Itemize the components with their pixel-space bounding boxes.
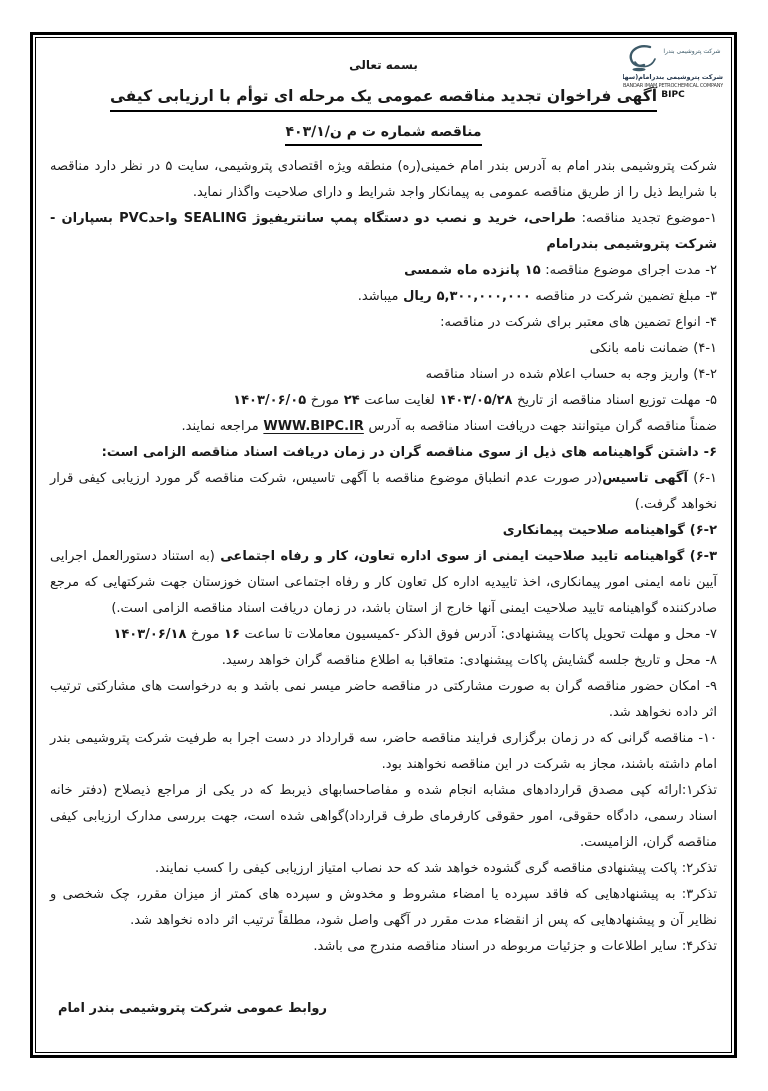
paragraph: ۹- امکان حضور مناقصه گران به صورت مشارکت… xyxy=(50,674,717,726)
paragraph: ۱-موضوع تجدید مناقصه: طراحی، خرید و نصب … xyxy=(50,206,717,258)
page-inner-border: شرکت پتروشیمی بندرامام شرکت پتروشیمی بند… xyxy=(35,37,732,1053)
text-run: ۲- مدت اجرای موضوع مناقصه: xyxy=(541,263,717,278)
paragraph: ۷- محل و مهلت تحویل پاکات پیشنهادی: آدرس… xyxy=(50,622,717,648)
paragraph: ۵- مهلت توزیع اسناد مناقصه از تاریخ ۱۴۰۳… xyxy=(50,388,717,414)
paragraph: ۲- مدت اجرای موضوع مناقصه: ۱۵ پانزده ماه… xyxy=(50,258,717,284)
paragraph: ۸- محل و تاریخ جلسه گشایش پاکات پیشنهادی… xyxy=(50,648,717,674)
text-run: ۶- داشتن گواهینامه های ذیل از سوی مناقصه… xyxy=(102,445,717,460)
document-body: شرکت پتروشیمی بندر امام به آدرس بندر اما… xyxy=(50,154,717,960)
text-run: ۱۶ xyxy=(224,627,240,642)
text-run: ضمناً مناقصه گران میتوانند جهت دریافت اس… xyxy=(364,419,717,434)
text-run: لغایت ساعت xyxy=(360,393,440,408)
logo-abbr: BIPC xyxy=(623,90,723,100)
signature-text: روابط عمومی شرکت پتروشیمی بندر امام xyxy=(58,1001,327,1016)
text-run: ۳- مبلغ تضمین شرکت در مناقصه xyxy=(531,289,717,304)
logo-swirl-icon xyxy=(626,44,660,72)
text-run: ۶-۱) xyxy=(688,471,717,486)
text-run: ۵,۳۰۰,۰۰۰,۰۰۰ ریال xyxy=(403,289,531,304)
paragraph: ضمناً مناقصه گران میتوانند جهت دریافت اس… xyxy=(50,414,717,440)
text-run: ۱۴۰۳/۰۶/۰۵ xyxy=(233,393,306,408)
paragraph: تذکر۲: پاکت پیشنهادی مناقصه گری گشوده خو… xyxy=(50,856,717,882)
text-run: ۶-۲) گواهینامه صلاحیت پیمانکاری xyxy=(503,523,717,538)
text-run: ۱۵ پانزده ماه شمسی xyxy=(404,263,541,278)
logo-top-row: شرکت پتروشیمی بندرامام xyxy=(623,44,723,72)
tender-number: مناقصه شماره ت م ن/۴۰۳/۱ xyxy=(285,124,481,146)
paragraph: شرکت پتروشیمی بندر امام به آدرس بندر اما… xyxy=(50,154,717,206)
text-run: تذکر۱:ارائه کپی مصدق قراردادهای مشابه ان… xyxy=(50,783,717,850)
paragraph: تذکر۴: سایر اطلاعات و جزئیات مربوطه در ا… xyxy=(50,934,717,960)
text-run: ۲۴ xyxy=(344,393,360,408)
paragraph: ۳- مبلغ تضمین شرکت در مناقصه ۵,۳۰۰,۰۰۰,۰… xyxy=(50,284,717,310)
logo-script-text: شرکت پتروشیمی بندرامام xyxy=(663,44,721,56)
text-run: ۷- محل و مهلت تحویل پاکات پیشنهادی: آدرس… xyxy=(240,627,717,642)
paragraph: ۶-۲) گواهینامه صلاحیت پیمانکاری xyxy=(50,518,717,544)
text-run: ۱-موضوع تجدید مناقصه: xyxy=(576,211,717,226)
text-run: آگهی تاسیس xyxy=(602,471,688,486)
text-run: ۵- مهلت توزیع اسناد مناقصه از تاریخ xyxy=(512,393,717,408)
paragraph: ۶- داشتن گواهینامه های ذیل از سوی مناقصه… xyxy=(50,440,717,466)
text-run: مورخ xyxy=(186,627,224,642)
tender-number-row: مناقصه شماره ت م ن/۴۰۳/۱ xyxy=(50,121,717,146)
text-run: ۴-۱) ضمانت نامه بانکی xyxy=(590,341,717,356)
text-run: تذکر۳: به پیشنهادهایی که فاقد سپرده یا ا… xyxy=(50,887,717,928)
document-title: آگهی فراخوان تجدید مناقصه عمومی یک مرحله… xyxy=(110,87,657,112)
text-run: ۶-۳) گواهینامه تایید صلاحیت ایمنی از سوی… xyxy=(215,549,717,564)
text-run: مورخ xyxy=(306,393,344,408)
paragraph: ۴-۱) ضمانت نامه بانکی xyxy=(50,336,717,362)
logo-name-fa: شرکت پتروشیمی بندرامام(سهامی عام) xyxy=(623,73,723,81)
paragraph: ۶-۳) گواهینامه تایید صلاحیت ایمنی از سوی… xyxy=(50,544,717,622)
paragraph: ۱۰- مناقصه گرانی که در زمان برگزاری فرای… xyxy=(50,726,717,778)
title-row: آگهی فراخوان تجدید مناقصه عمومی یک مرحله… xyxy=(50,86,717,112)
bismillah-text: بسمه تعالی xyxy=(50,58,717,72)
text-run: ۴-۲) واریز وجه به حساب اعلام شده در اسنا… xyxy=(426,367,717,382)
text-run: ۸- محل و تاریخ جلسه گشایش پاکات پیشنهادی… xyxy=(222,653,717,668)
text-run: شرکت پتروشیمی بندر امام به آدرس بندر اما… xyxy=(50,159,717,200)
text-run: ۹- امکان حضور مناقصه گران به صورت مشارکت… xyxy=(50,679,717,720)
paragraph: ۶-۱) آگهی تاسیس(در صورت عدم انطباق موضوع… xyxy=(50,466,717,518)
text-run: ۱۰- مناقصه گرانی که در زمان برگزاری فرای… xyxy=(50,731,717,772)
text-run: میباشد. xyxy=(358,289,403,304)
paragraph: ۴- انواع تضمین های معتبر برای شرکت در من… xyxy=(50,310,717,336)
page-border: شرکت پتروشیمی بندرامام شرکت پتروشیمی بند… xyxy=(30,32,737,1058)
text-run: ۴- انواع تضمین های معتبر برای شرکت در من… xyxy=(440,315,717,330)
paragraph: تذکر۱:ارائه کپی مصدق قراردادهای مشابه ان… xyxy=(50,778,717,856)
paragraph: تذکر۳: به پیشنهادهایی که فاقد سپرده یا ا… xyxy=(50,882,717,934)
text-run: تذکر۴: سایر اطلاعات و جزئیات مربوطه در ا… xyxy=(313,939,717,954)
company-logo: شرکت پتروشیمی بندرامام شرکت پتروشیمی بند… xyxy=(623,44,723,100)
text-run: WWW.BIPC.IR xyxy=(263,419,364,434)
text-run: ۱۴۰۳/۰۶/۱۸ xyxy=(113,627,186,642)
logo-name-en: BANDAR IMAM PETROCHEMICAL COMPANY xyxy=(623,83,723,89)
text-run: مراجعه نمایند. xyxy=(181,419,263,434)
paragraph: ۴-۲) واریز وجه به حساب اعلام شده در اسنا… xyxy=(50,362,717,388)
text-run: ۱۴۰۳/۰۵/۲۸ xyxy=(440,393,513,408)
text-run: تذکر۲: پاکت پیشنهادی مناقصه گری گشوده خو… xyxy=(155,861,717,876)
